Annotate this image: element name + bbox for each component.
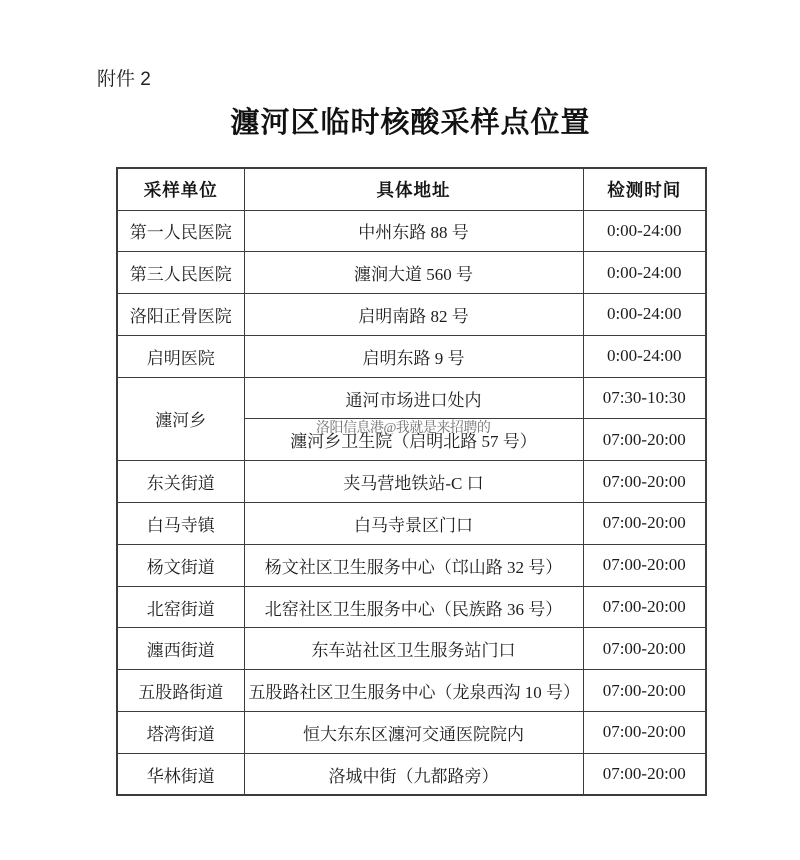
address-cell: 通河市场进口处内 — [244, 377, 583, 419]
table-header-row: 采样单位 具体地址 检测时间 — [117, 168, 706, 210]
unit-cell: 塔湾街道 — [117, 712, 244, 754]
time-cell: 07:00-20:00 — [583, 670, 706, 712]
table-row: 华林街道 洛城中街（九都路旁） 07:00-20:00 — [117, 753, 706, 795]
time-cell: 07:00-20:00 — [583, 419, 706, 461]
column-header-address: 具体地址 — [244, 168, 583, 210]
sampling-table-container: 采样单位 具体地址 检测时间 第一人民医院 中州东路 88 号 0:00-24:… — [116, 167, 705, 796]
unit-cell: 白马寺镇 — [117, 503, 244, 545]
address-cell: 东车站社区卫生服务站门口 — [244, 628, 583, 670]
table-row: 第三人民医院 瀍涧大道 560 号 0:00-24:00 — [117, 252, 706, 294]
table-row: 瀍西街道 东车站社区卫生服务站门口 07:00-20:00 — [117, 628, 706, 670]
watermark-text: 洛阳信息港@我就是来招聘的 — [316, 417, 490, 437]
address-cell: 中州东路 88 号 — [244, 210, 583, 252]
address-cell: 杨文社区卫生服务中心（邙山路 32 号） — [244, 544, 583, 586]
unit-cell: 第一人民医院 — [117, 210, 244, 252]
time-cell: 0:00-24:00 — [583, 252, 706, 294]
address-cell: 瀍涧大道 560 号 — [244, 252, 583, 294]
table-row: 白马寺镇 白马寺景区门口 07:00-20:00 — [117, 503, 706, 545]
unit-cell: 五股路街道 — [117, 670, 244, 712]
unit-cell: 瀍西街道 — [117, 628, 244, 670]
unit-cell: 洛阳正骨医院 — [117, 294, 244, 336]
time-cell: 0:00-24:00 — [583, 294, 706, 336]
page-title: 瀍河区临时核酸采样点位置 — [116, 100, 705, 141]
time-cell: 0:00-24:00 — [583, 335, 706, 377]
time-cell: 07:30-10:30 — [583, 377, 706, 419]
address-cell: 启明东路 9 号 — [244, 335, 583, 377]
time-cell: 07:00-20:00 — [583, 753, 706, 795]
attachment-label: 附件 2 — [97, 64, 151, 91]
column-header-unit: 采样单位 — [117, 168, 244, 210]
column-header-time: 检测时间 — [583, 168, 706, 210]
table-row: 杨文街道 杨文社区卫生服务中心（邙山路 32 号） 07:00-20:00 — [117, 544, 706, 586]
time-cell: 07:00-20:00 — [583, 461, 706, 503]
time-cell: 0:00-24:00 — [583, 210, 706, 252]
unit-cell: 华林街道 — [117, 753, 244, 795]
table-row: 北窑街道 北窑社区卫生服务中心（民族路 36 号） 07:00-20:00 — [117, 586, 706, 628]
table-row: 启明医院 启明东路 9 号 0:00-24:00 — [117, 335, 706, 377]
unit-cell: 第三人民医院 — [117, 252, 244, 294]
table-row: 瀍河乡 通河市场进口处内 07:30-10:30 — [117, 377, 706, 419]
address-cell: 洛城中街（九都路旁） — [244, 753, 583, 795]
address-cell: 北窑社区卫生服务中心（民族路 36 号） — [244, 586, 583, 628]
table-row: 洛阳正骨医院 启明南路 82 号 0:00-24:00 — [117, 294, 706, 336]
address-cell: 五股路社区卫生服务中心（龙泉西沟 10 号） — [244, 670, 583, 712]
time-cell: 07:00-20:00 — [583, 586, 706, 628]
table-row: 塔湾街道 恒大东东区瀍河交通医院院内 07:00-20:00 — [117, 712, 706, 754]
time-cell: 07:00-20:00 — [583, 503, 706, 545]
time-cell: 07:00-20:00 — [583, 544, 706, 586]
time-cell: 07:00-20:00 — [583, 712, 706, 754]
table-row: 第一人民医院 中州东路 88 号 0:00-24:00 — [117, 210, 706, 252]
document-page: 附件 2 瀍河区临时核酸采样点位置 洛阳信息港@我就是来招聘的 采样单位 具体地… — [0, 0, 800, 860]
table-row: 五股路街道 五股路社区卫生服务中心（龙泉西沟 10 号） 07:00-20:00 — [117, 670, 706, 712]
address-cell: 启明南路 82 号 — [244, 294, 583, 336]
unit-cell: 启明医院 — [117, 335, 244, 377]
sampling-points-table: 采样单位 具体地址 检测时间 第一人民医院 中州东路 88 号 0:00-24:… — [116, 167, 707, 796]
unit-cell: 东关街道 — [117, 461, 244, 503]
unit-cell-merged: 瀍河乡 — [117, 377, 244, 461]
address-cell: 恒大东东区瀍河交通医院院内 — [244, 712, 583, 754]
address-cell: 夹马营地铁站-C 口 — [244, 461, 583, 503]
unit-cell: 北窑街道 — [117, 586, 244, 628]
time-cell: 07:00-20:00 — [583, 628, 706, 670]
table-row: 东关街道 夹马营地铁站-C 口 07:00-20:00 — [117, 461, 706, 503]
address-cell: 白马寺景区门口 — [244, 503, 583, 545]
unit-cell: 杨文街道 — [117, 544, 244, 586]
